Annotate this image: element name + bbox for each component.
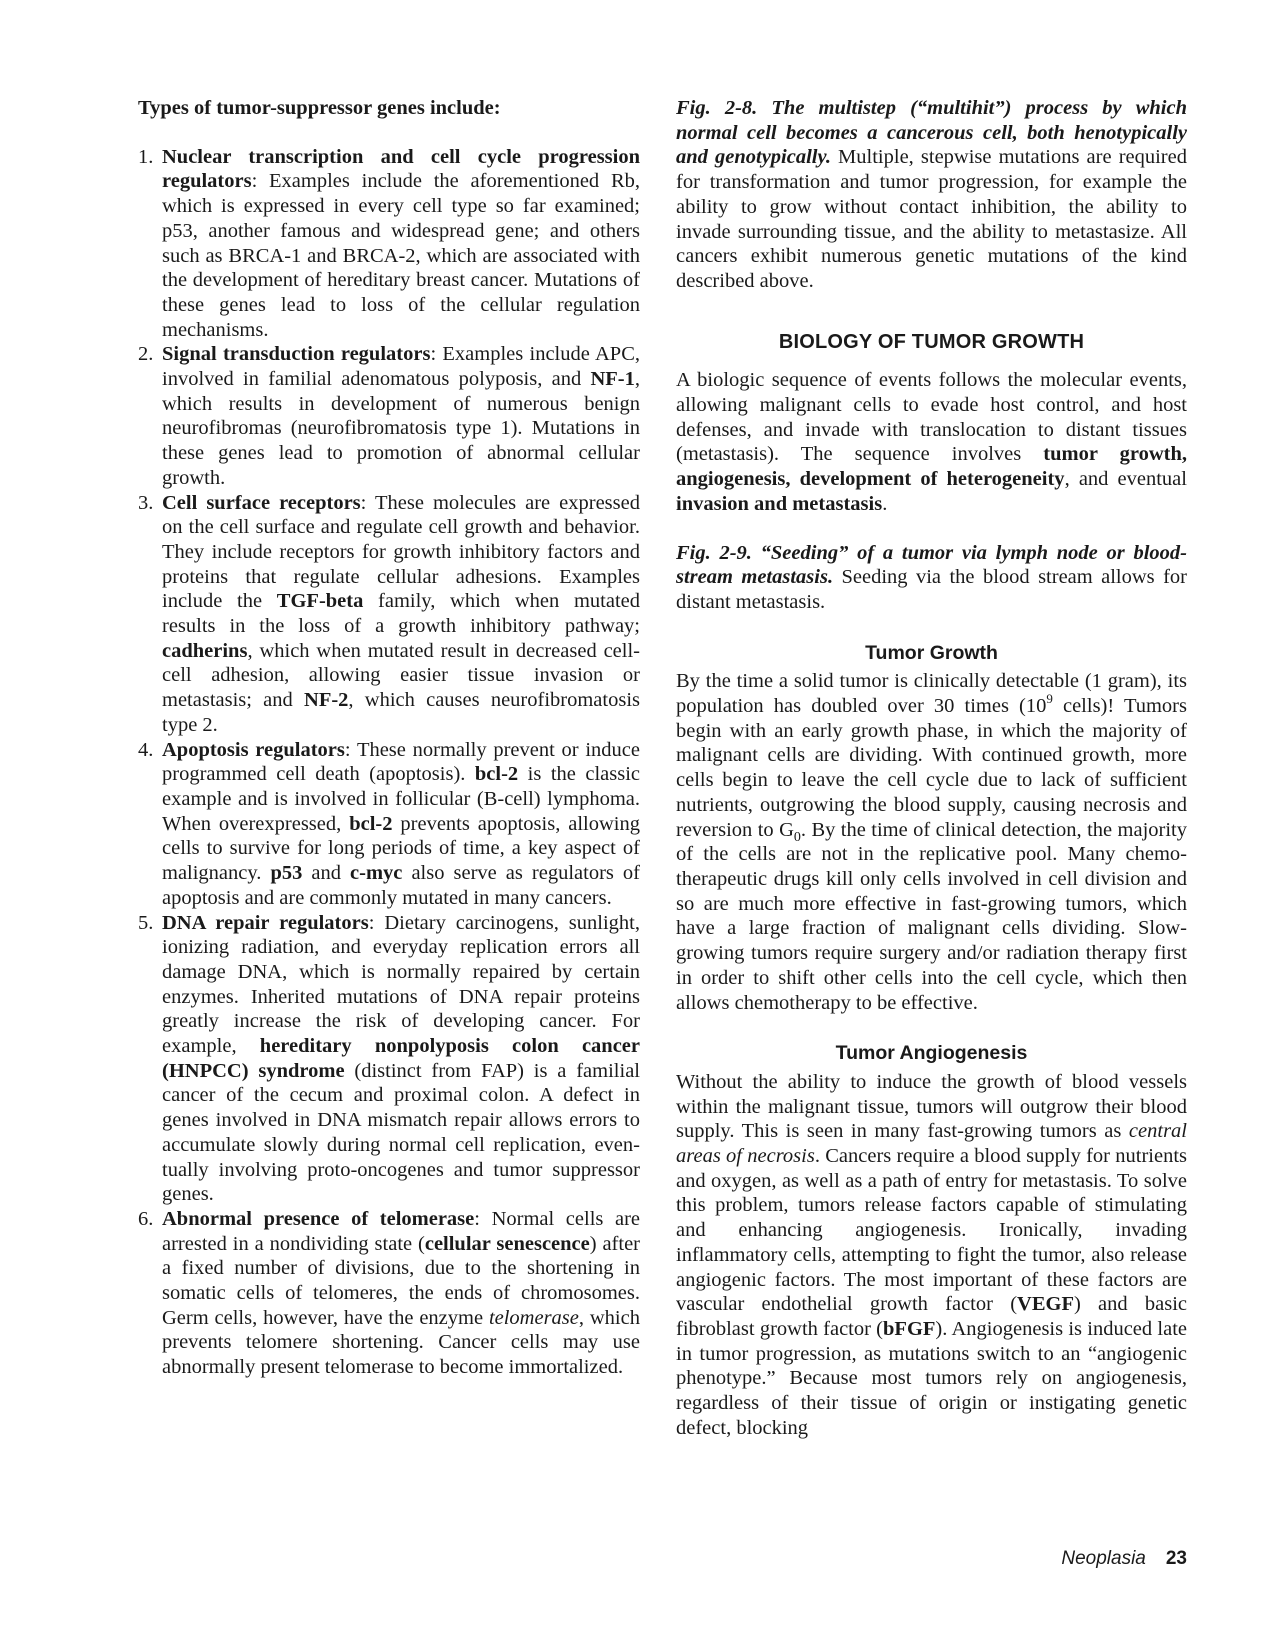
left-column: Types of tumor-suppressor genes include:… bbox=[138, 96, 640, 1380]
bold-term: invasion and metastasis bbox=[676, 493, 882, 515]
list-item: 2.Signal transduction regulators: Exampl… bbox=[138, 342, 640, 490]
list-text: : Examples include the aforemen­tioned R… bbox=[162, 170, 640, 340]
page-number: 23 bbox=[1166, 1548, 1187, 1569]
list-heading: Types of tumor-suppressor genes include: bbox=[138, 96, 640, 121]
list-term: Apoptosis regulators bbox=[162, 739, 345, 761]
list-number: 3. bbox=[138, 491, 153, 516]
list-text: and bbox=[302, 862, 350, 884]
list-number: 6. bbox=[138, 1207, 153, 1232]
list-item: 6.Abnormal presence of telomerase: Norma… bbox=[138, 1207, 640, 1380]
list-term: DNA repair regulators bbox=[162, 912, 369, 934]
paragraph-text: , and eventual bbox=[1065, 468, 1187, 490]
list-term: Signal transduction regulators bbox=[162, 343, 430, 365]
bold-term: NF-2 bbox=[304, 689, 348, 711]
bold-term: bFGF bbox=[883, 1318, 935, 1340]
bold-term: bcl-2 bbox=[475, 763, 518, 785]
page-footer: Neoplasia23 bbox=[1061, 1548, 1187, 1570]
paragraph-text: . Cancers require a blood supply for nut… bbox=[676, 1145, 1187, 1315]
bold-term: cadherins bbox=[162, 640, 247, 662]
list-term: Abnormal presence of telomerase bbox=[162, 1208, 474, 1230]
list-number: 4. bbox=[138, 738, 153, 763]
tumor-angiogenesis-paragraph: Without the ability to induce the growth… bbox=[676, 1070, 1187, 1441]
list-item: 3.Cell surface receptors: These molecule… bbox=[138, 491, 640, 738]
list-number: 5. bbox=[138, 911, 153, 936]
running-footer-section: Neoplasia bbox=[1061, 1548, 1146, 1569]
figure-caption-2-9: Fig. 2-9. “Seeding” of a tumor via lymph… bbox=[676, 541, 1187, 615]
list-number: 2. bbox=[138, 342, 153, 367]
bold-term: bcl-2 bbox=[349, 813, 392, 835]
bold-term: p53 bbox=[270, 862, 302, 884]
subsection-heading-tumor-angiogenesis: Tumor Angiogenesis bbox=[676, 1041, 1187, 1066]
italic-term: telomerase bbox=[489, 1307, 579, 1329]
paragraph-text: . bbox=[882, 493, 887, 515]
list-item: 4.Apoptosis regulators: These normally p… bbox=[138, 738, 640, 911]
tumor-growth-paragraph: By the time a solid tumor is clinically … bbox=[676, 669, 1187, 1015]
subsection-heading-tumor-growth: Tumor Growth bbox=[676, 641, 1187, 666]
list-number: 1. bbox=[138, 145, 153, 170]
paragraph-text: Without the ability to induce the growth… bbox=[676, 1071, 1187, 1142]
bold-term: cellular senescence bbox=[425, 1233, 590, 1255]
figure-caption-2-8: Fig. 2-8. The multistep (“multihit”) pro… bbox=[676, 96, 1187, 294]
right-column: Fig. 2-8. The multistep (“multihit”) pro… bbox=[676, 96, 1187, 1440]
bold-term: NF-1 bbox=[590, 368, 634, 390]
intro-paragraph: A biologic sequence of events follows th… bbox=[676, 368, 1187, 516]
list-item: 1.Nuclear transcription and cell cycle p… bbox=[138, 145, 640, 343]
bold-term: TGF-beta bbox=[277, 590, 364, 612]
tumor-suppressor-gene-list: 1.Nuclear transcription and cell cycle p… bbox=[138, 145, 640, 1380]
list-term: Cell surface receptors bbox=[162, 492, 361, 514]
bold-term: c-myc bbox=[350, 862, 402, 884]
bold-term: VEGF bbox=[1017, 1293, 1074, 1315]
section-heading: BIOLOGY OF TUMOR GROWTH bbox=[676, 330, 1187, 355]
paragraph-text: . By the time of clinical detection, the… bbox=[676, 819, 1187, 1014]
list-item: 5.DNA repair regulators: Dietary carcino… bbox=[138, 911, 640, 1207]
